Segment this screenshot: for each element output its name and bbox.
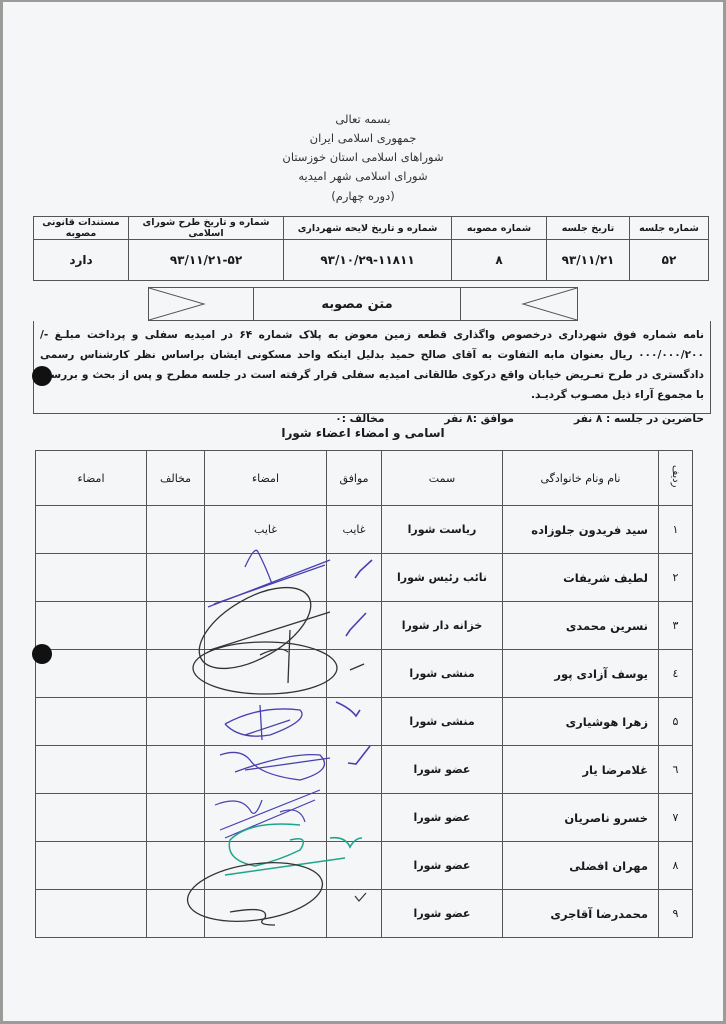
header-line-city: شورای اسلامی شهر امیدیه <box>3 169 723 183</box>
member-role: نائب رئیس شورا <box>382 554 503 602</box>
col-header-signature: امضاء <box>205 451 327 506</box>
header-line-term: (دوره چهارم) <box>3 189 723 203</box>
member-signature-2 <box>36 794 147 842</box>
banner-ribbon-right-icon <box>473 288 577 320</box>
table-row: ٦ غلامرضا یار عضو شورا <box>36 746 693 794</box>
member-name: محمدرضا آقاجری <box>503 890 659 938</box>
member-agree <box>327 842 382 890</box>
member-agree <box>327 650 382 698</box>
member-oppose <box>147 554 205 602</box>
table-row: ۸ مهران افضلی عضو شورا <box>36 842 693 890</box>
table-row: ۱ سید فریدون جلوزاده ریاست شورا غایب غای… <box>36 506 693 554</box>
resolution-text: نامه شماره فوق شهرداری درخصوص واگذاری قط… <box>34 321 710 405</box>
member-oppose <box>147 650 205 698</box>
member-signature <box>205 698 327 746</box>
document-page: بسمه تعالی جمهوری اسلامی ایران شوراهای ا… <box>3 2 723 1021</box>
member-role: منشی شورا <box>382 698 503 746</box>
member-signature <box>205 602 327 650</box>
member-signature: غایب <box>205 506 327 554</box>
member-signature-2 <box>36 890 147 938</box>
members-section-title: اسامی و امضاء اعضاء شورا <box>3 426 723 440</box>
col-header-agree: موافق <box>327 451 382 506</box>
row-number: ۱ <box>659 506 693 554</box>
meta-value-plan-no-date: ۹۳/۱۱/۲۱-۵۲ <box>129 240 284 281</box>
meta-value-session-date: ۹۳/۱۱/۲۱ <box>547 240 630 281</box>
row-number: ۵ <box>659 698 693 746</box>
member-signature <box>205 554 327 602</box>
member-agree <box>327 794 382 842</box>
row-number: ٤ <box>659 650 693 698</box>
member-role: خزانه دار شورا <box>382 602 503 650</box>
col-header-name: نام ونام خانوادگی <box>503 451 659 506</box>
punch-hole-icon <box>32 366 52 386</box>
member-role: ریاست شورا <box>382 506 503 554</box>
member-oppose <box>147 794 205 842</box>
col-header-row-no: ردیف <box>659 451 693 506</box>
member-role: عضو شورا <box>382 890 503 938</box>
member-name: مهران افضلی <box>503 842 659 890</box>
meta-header-bill-no-date: شماره و تاریخ لایحه شهرداری <box>284 217 452 240</box>
member-name: زهرا هوشیاری <box>503 698 659 746</box>
member-name: یوسف آزادی پور <box>503 650 659 698</box>
member-signature-2 <box>36 506 147 554</box>
meta-value-legal-docs: دارد <box>34 240 129 281</box>
table-row: ۷ خسرو ناصریان عضو شورا <box>36 794 693 842</box>
table-row: ۲ لطیف شریفات نائب رئیس شورا <box>36 554 693 602</box>
meta-header-session-no: شماره جلسه <box>630 217 709 240</box>
member-role: عضو شورا <box>382 794 503 842</box>
member-signature-2 <box>36 698 147 746</box>
table-row: ۹ محمدرضا آقاجری عضو شورا <box>36 890 693 938</box>
meta-header-plan-no-date: شماره و تاریخ طرح شورای اسلامی <box>129 217 284 240</box>
member-agree: غایب <box>327 506 382 554</box>
member-signature <box>205 890 327 938</box>
member-signature <box>205 794 327 842</box>
table-row: ٤ یوسف آزادی پور منشی شورا <box>36 650 693 698</box>
meta-value-resolution-no: ۸ <box>452 240 547 281</box>
resolution-banner: متن مصوبه <box>148 287 578 321</box>
row-number: ٦ <box>659 746 693 794</box>
member-oppose <box>147 506 205 554</box>
member-oppose <box>147 890 205 938</box>
col-header-role: سمت <box>382 451 503 506</box>
row-number: ۸ <box>659 842 693 890</box>
meta-value-session-no: ۵۲ <box>630 240 709 281</box>
member-signature-2 <box>36 842 147 890</box>
row-number: ۳ <box>659 602 693 650</box>
member-oppose <box>147 842 205 890</box>
member-name: لطیف شریفات <box>503 554 659 602</box>
col-header-signature-2: امضاء <box>36 451 147 506</box>
member-agree <box>327 602 382 650</box>
banner-title: متن مصوبه <box>253 288 461 320</box>
header-line-bismillah: بسمه تعالی <box>3 112 723 126</box>
member-name: نسرین محمدی <box>503 602 659 650</box>
member-signature <box>205 842 327 890</box>
member-name: خسرو ناصریان <box>503 794 659 842</box>
col-header-oppose: مخالف <box>147 451 205 506</box>
member-oppose <box>147 602 205 650</box>
member-role: منشی شورا <box>382 650 503 698</box>
member-agree <box>327 554 382 602</box>
row-number: ۲ <box>659 554 693 602</box>
member-name: غلامرضا یار <box>503 746 659 794</box>
table-row: ۵ زهرا هوشیاری منشی شورا <box>36 698 693 746</box>
resolution-body: نامه شماره فوق شهرداری درخصوص واگذاری قط… <box>33 321 711 414</box>
meta-value-bill-no-date: ۹۳/۱۰/۲۹-۱۱۸۱۱ <box>284 240 452 281</box>
member-agree <box>327 746 382 794</box>
member-signature <box>205 746 327 794</box>
meta-header-resolution-no: شماره مصوبه <box>452 217 547 240</box>
member-role: عضو شورا <box>382 746 503 794</box>
member-signature-2 <box>36 602 147 650</box>
member-signature-2 <box>36 746 147 794</box>
member-name: سید فریدون جلوزاده <box>503 506 659 554</box>
member-agree <box>327 890 382 938</box>
meta-table: شماره جلسه تاریخ جلسه شماره مصوبه شماره … <box>33 216 709 281</box>
member-signature-2 <box>36 650 147 698</box>
banner-ribbon-left-icon <box>149 288 253 320</box>
meta-header-session-date: تاریخ جلسه <box>547 217 630 240</box>
member-signature-2 <box>36 554 147 602</box>
member-role: عضو شورا <box>382 842 503 890</box>
punch-hole-icon <box>32 644 52 664</box>
header-line-province: شوراهای اسلامی استان خوزستان <box>3 150 723 164</box>
table-row: ۳ نسرین محمدی خزانه دار شورا <box>36 602 693 650</box>
member-oppose <box>147 746 205 794</box>
member-oppose <box>147 698 205 746</box>
member-agree <box>327 698 382 746</box>
members-table: ردیف نام ونام خانوادگی سمت موافق امضاء م… <box>35 450 693 938</box>
row-number: ۷ <box>659 794 693 842</box>
member-signature <box>205 650 327 698</box>
header-line-country: جمهوری اسلامی ایران <box>3 131 723 145</box>
row-number: ۹ <box>659 890 693 938</box>
meta-header-legal-docs: مستندات قانونی مصوبه <box>34 217 129 240</box>
